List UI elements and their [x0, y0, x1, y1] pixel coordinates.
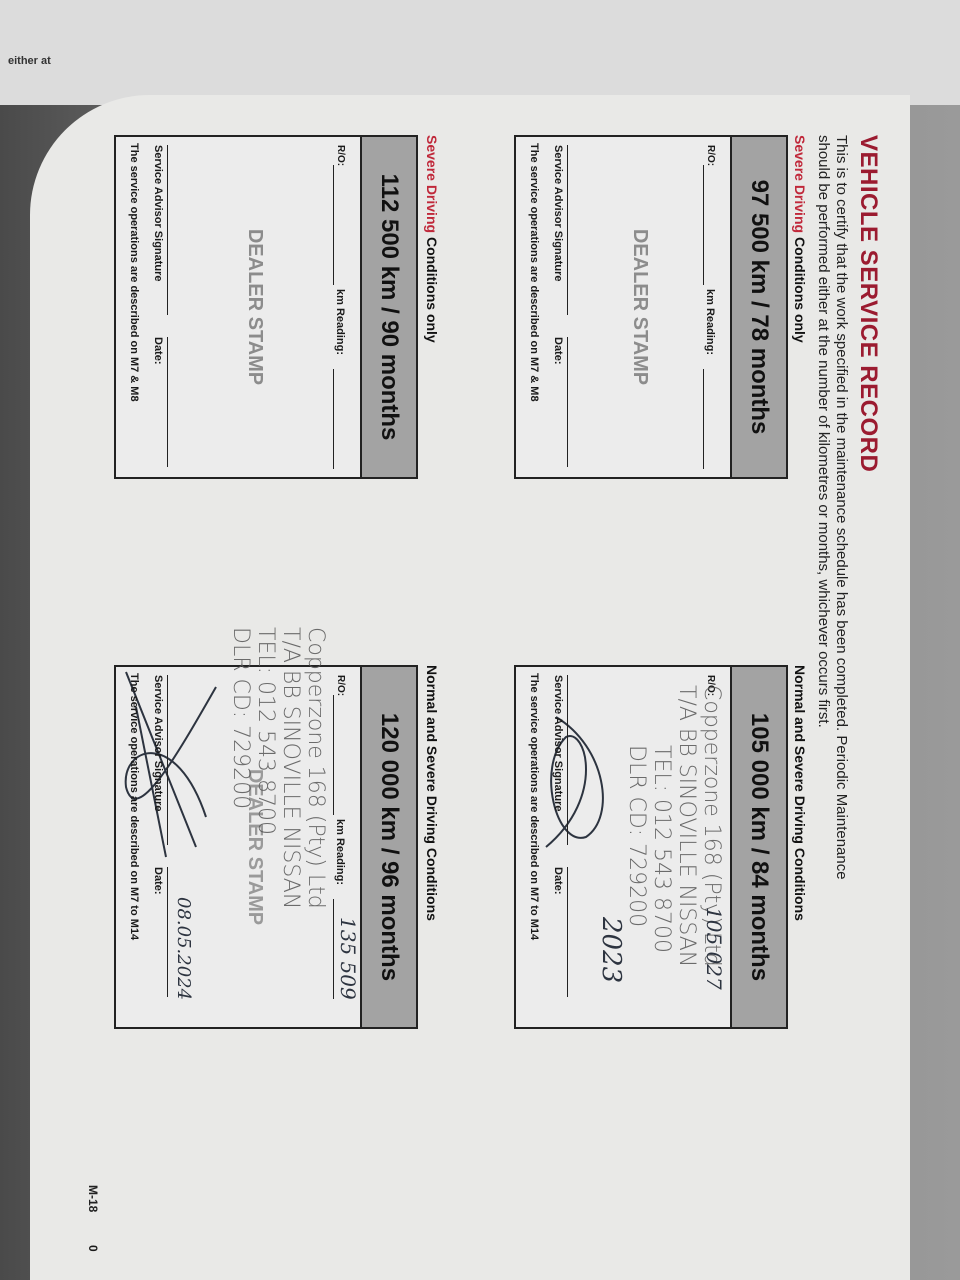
km-reading-field[interactable] [333, 369, 334, 469]
signature-label: Service Advisor Signature [152, 675, 164, 812]
signature-label: Service Advisor Signature [552, 145, 564, 282]
ro-field[interactable] [333, 165, 334, 285]
dealer-stamp-area: DEALER STAMP [243, 137, 266, 477]
handwritten-date: 08.05.2024 [173, 897, 194, 1000]
record-3-footnote: The service operations are described on … [128, 143, 140, 402]
date-field[interactable] [167, 337, 168, 467]
record-2-card: 105 000 km / 84 months R/O: Copperzone 1… [514, 665, 788, 1029]
km-reading-label: km Reading: [704, 289, 716, 355]
service-record-page: VEHICLE SERVICE RECORD This is to certif… [50, 105, 910, 1265]
dealer-stamp-imprint: Copperzone 168 (Pty) Ltd T/A BB SINOVILL… [228, 627, 328, 1027]
km-reading-field[interactable] [703, 369, 704, 469]
record-4-interval: 120 000 km / 96 months [360, 667, 416, 1027]
date-field[interactable] [167, 867, 168, 997]
dealer-stamp-area: DEALER STAMP [628, 137, 651, 477]
page-title: VEHICLE SERVICE RECORD [854, 135, 882, 472]
handwritten-date: 2023 [596, 917, 626, 983]
record-1-condition: Severe Driving Conditions only [792, 135, 808, 343]
record-2-interval: 105 000 km / 84 months [730, 667, 786, 1027]
date-field[interactable] [567, 337, 568, 467]
record-3-card: 112 500 km / 90 months R/O: km Reading: … [114, 135, 418, 479]
signature-scribble [526, 707, 626, 857]
record-4-footnote: The service operations are described on … [128, 673, 140, 940]
page-number: M-18 [86, 1185, 100, 1225]
intro-text: This is to certify that the work specifi… [814, 135, 850, 895]
previous-page-fragment: either at [8, 55, 51, 67]
record-1-card: 97 500 km / 78 months R/O: km Reading: D… [514, 135, 788, 479]
record-4-card: 120 000 km / 96 months R/O: km Reading: … [114, 665, 418, 1029]
km-reading-label: km Reading: [334, 819, 346, 885]
handwritten-km-reading: 105 027 [702, 907, 726, 990]
record-4-condition: Normal and Severe Driving Conditions [424, 665, 440, 921]
signature-label: Service Advisor Signature [552, 675, 564, 812]
signature-label: Service Advisor Signature [152, 145, 164, 282]
previous-page: either at [0, 0, 960, 105]
date-field[interactable] [567, 867, 568, 997]
date-label: Date: [152, 867, 164, 895]
record-2-footnote: The service operations are described on … [528, 673, 540, 940]
handwritten-km-reading: 135 509 [336, 917, 360, 1000]
ro-label: R/O: [705, 145, 716, 166]
signature-field[interactable] [567, 145, 568, 315]
signature-field[interactable] [567, 675, 568, 845]
corner-mark: 0 [86, 1245, 100, 1255]
ro-label: R/O: [335, 675, 346, 696]
record-3-condition: Severe Driving Conditions only [424, 135, 440, 343]
date-label: Date: [152, 337, 164, 365]
ro-field[interactable] [333, 695, 334, 815]
km-reading-field[interactable] [333, 899, 334, 999]
date-label: Date: [552, 337, 564, 365]
ro-field[interactable] [703, 165, 704, 285]
km-reading-label: km Reading: [334, 289, 346, 355]
signature-field[interactable] [167, 675, 168, 845]
record-1-footnote: The service operations are described on … [528, 143, 540, 402]
record-3-interval: 112 500 km / 90 months [360, 137, 416, 477]
record-2-condition: Normal and Severe Driving Conditions [792, 665, 808, 921]
ro-label: R/O: [335, 145, 346, 166]
signature-field[interactable] [167, 145, 168, 315]
date-label: Date: [552, 867, 564, 895]
record-1-interval: 97 500 km / 78 months [730, 137, 786, 477]
